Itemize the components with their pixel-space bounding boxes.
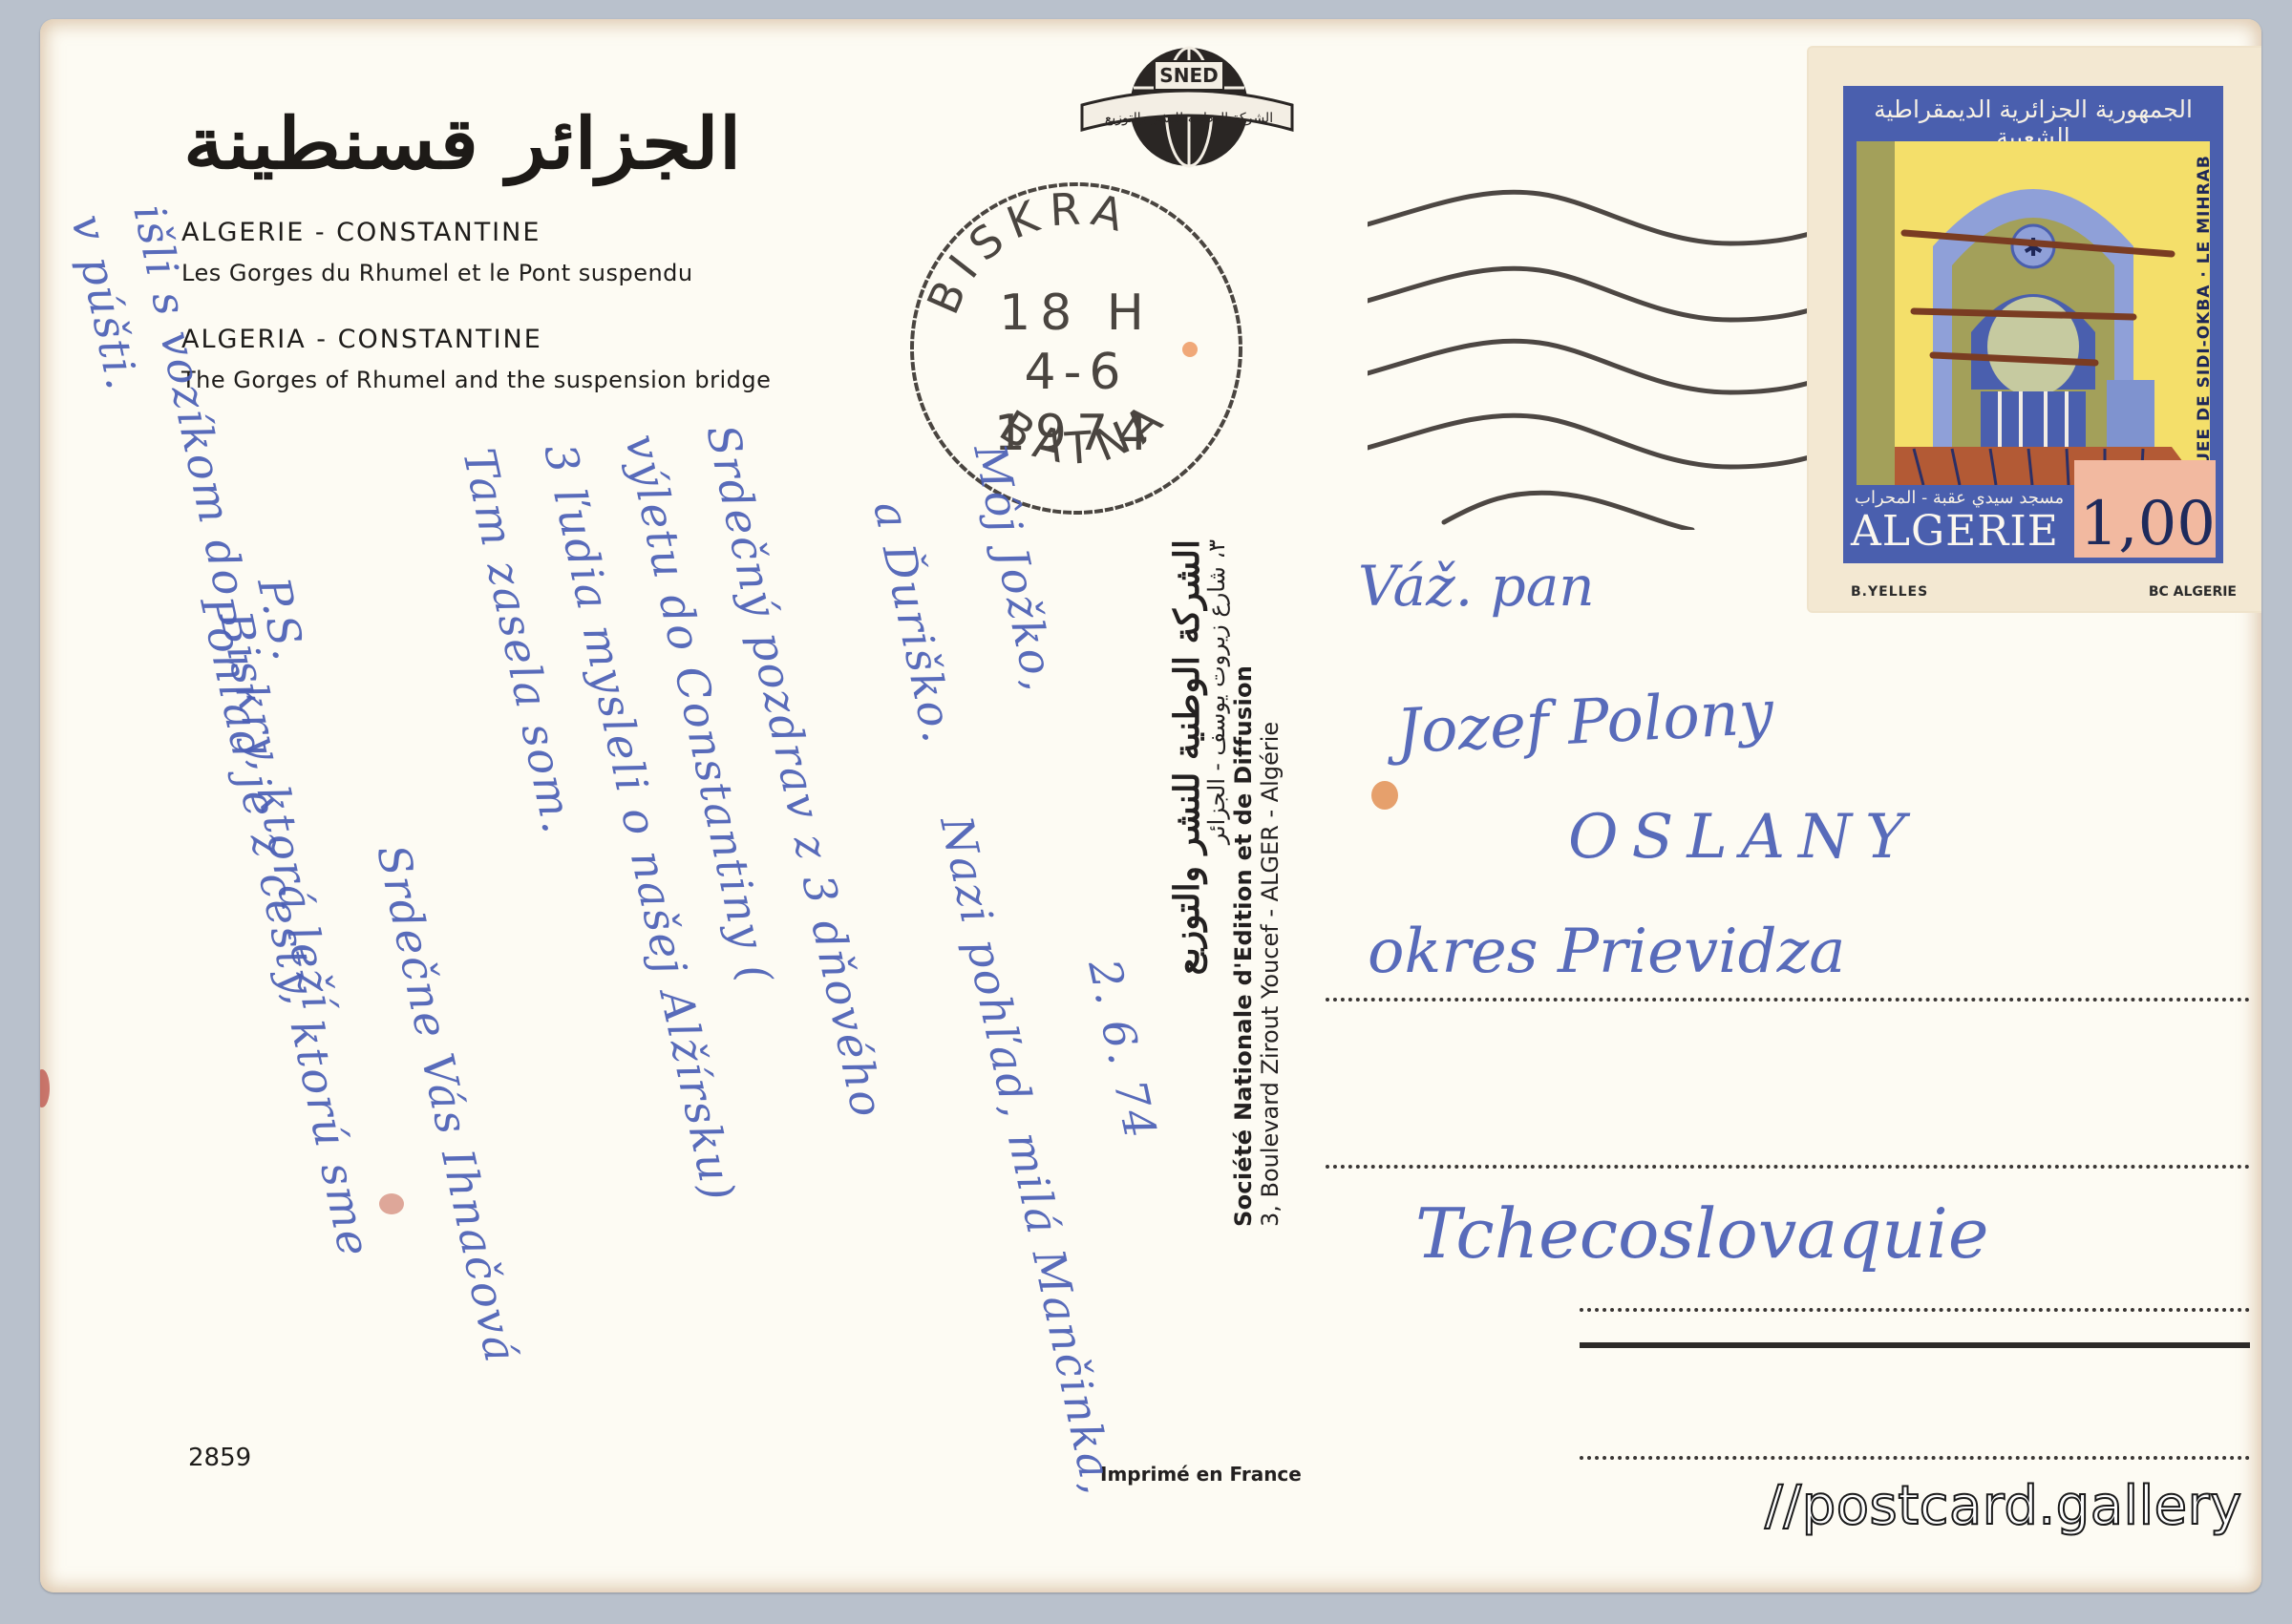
stain: [1371, 781, 1398, 810]
message-date: 2. 6. 74: [1078, 955, 1167, 1145]
address-town: OSLANY: [1568, 802, 1919, 873]
publisher-address: 3, Boulevard Zirout Youcef - ALGER - Alg…: [1257, 539, 1284, 1227]
svg-text:4-6: 4-6: [1025, 344, 1129, 401]
message-line: išli s vozíkom do Biskry, ktorá leží: [123, 200, 345, 1015]
address-line-4: [1580, 1456, 2250, 1460]
address-line-3: [1580, 1308, 2250, 1312]
message-line: Nazi pohľad, milá Mančinka,: [930, 812, 1125, 1500]
caption-place-fr: ALGERIE - CONSTANTINE: [181, 218, 541, 247]
svg-text:الشركة الوطنية للنشر والتوزيع: الشركة الوطنية للنشر والتوزيع: [1105, 111, 1273, 126]
publisher-arabic-address: ٣، شارع زيروت يوسف - الجزائر: [1203, 539, 1230, 1227]
printed-in: Imprimé en France: [1100, 1463, 1302, 1486]
svg-text:✱: ✱: [2023, 234, 2044, 263]
stamp-country: ALGERIE: [1851, 507, 2059, 556]
address-line-1: [1326, 998, 2250, 1002]
stamp-designer: B.YELLES: [1851, 584, 1928, 600]
publisher-arabic-name: الشركة الوطنية للنشر والتوزيع: [1167, 539, 1207, 1227]
address-district: okres Prievidza: [1368, 917, 1845, 987]
message-line: a Ďuriško.: [863, 496, 966, 749]
stamp-subject-arabic: مسجد سيدي عقبة - المحراب: [1855, 488, 2064, 508]
address-underline: [1580, 1342, 2250, 1348]
stain: [1182, 342, 1198, 357]
caption-fr: Les Gorges du Rhumel et le Pont suspendu: [181, 260, 693, 286]
stain: [379, 1193, 404, 1214]
postage-stamp: الجمهورية الجزائرية الديمقراطية الشعبية …: [1809, 48, 2261, 611]
message-line: Srdečne Vás Ihnačová: [367, 840, 527, 1368]
postcard-back: الجزائر قسنطينة ALGERIE - CONSTANTINE Le…: [40, 19, 2261, 1592]
svg-text:18 H: 18 H: [999, 285, 1154, 342]
svg-text:SNED: SNED: [1159, 64, 1218, 87]
globe-icon: SNED الشركة الوطنية للنشر والتوزيع: [1076, 38, 1296, 181]
stamp-value: 1,00: [2080, 489, 2217, 559]
caption-en: The Gorges of Rhumel and the suspension …: [181, 367, 771, 393]
address-country: Tchecoslovaquie: [1415, 1193, 1988, 1274]
stamp-printer: BC ALGERIE: [2149, 584, 2237, 600]
address-line-2: [1326, 1165, 2250, 1169]
mosque-mihrab-icon: ✱: [1857, 141, 2210, 485]
caption-place-en: ALGERIA - CONSTANTINE: [181, 325, 542, 354]
publisher-info: الشركة الوطنية للنشر والتوزيع ٣، شارع زي…: [1167, 539, 1301, 1227]
card-number: 2859: [188, 1444, 251, 1472]
address-salutation: Váž. pan: [1358, 554, 1595, 619]
arabic-title: الجزائر قسنطينة: [183, 103, 741, 185]
stain: [40, 1069, 50, 1107]
watermark: //postcard.gallery: [1765, 1475, 2242, 1537]
address-name: Jozef Polony: [1394, 678, 1775, 769]
publisher-name: Société Nationale d'Edition et de Diffus…: [1230, 539, 1257, 1227]
stamp-design: الجمهورية الجزائرية الديمقراطية الشعبية …: [1843, 86, 2223, 563]
svg-text:1974: 1974: [994, 405, 1158, 462]
